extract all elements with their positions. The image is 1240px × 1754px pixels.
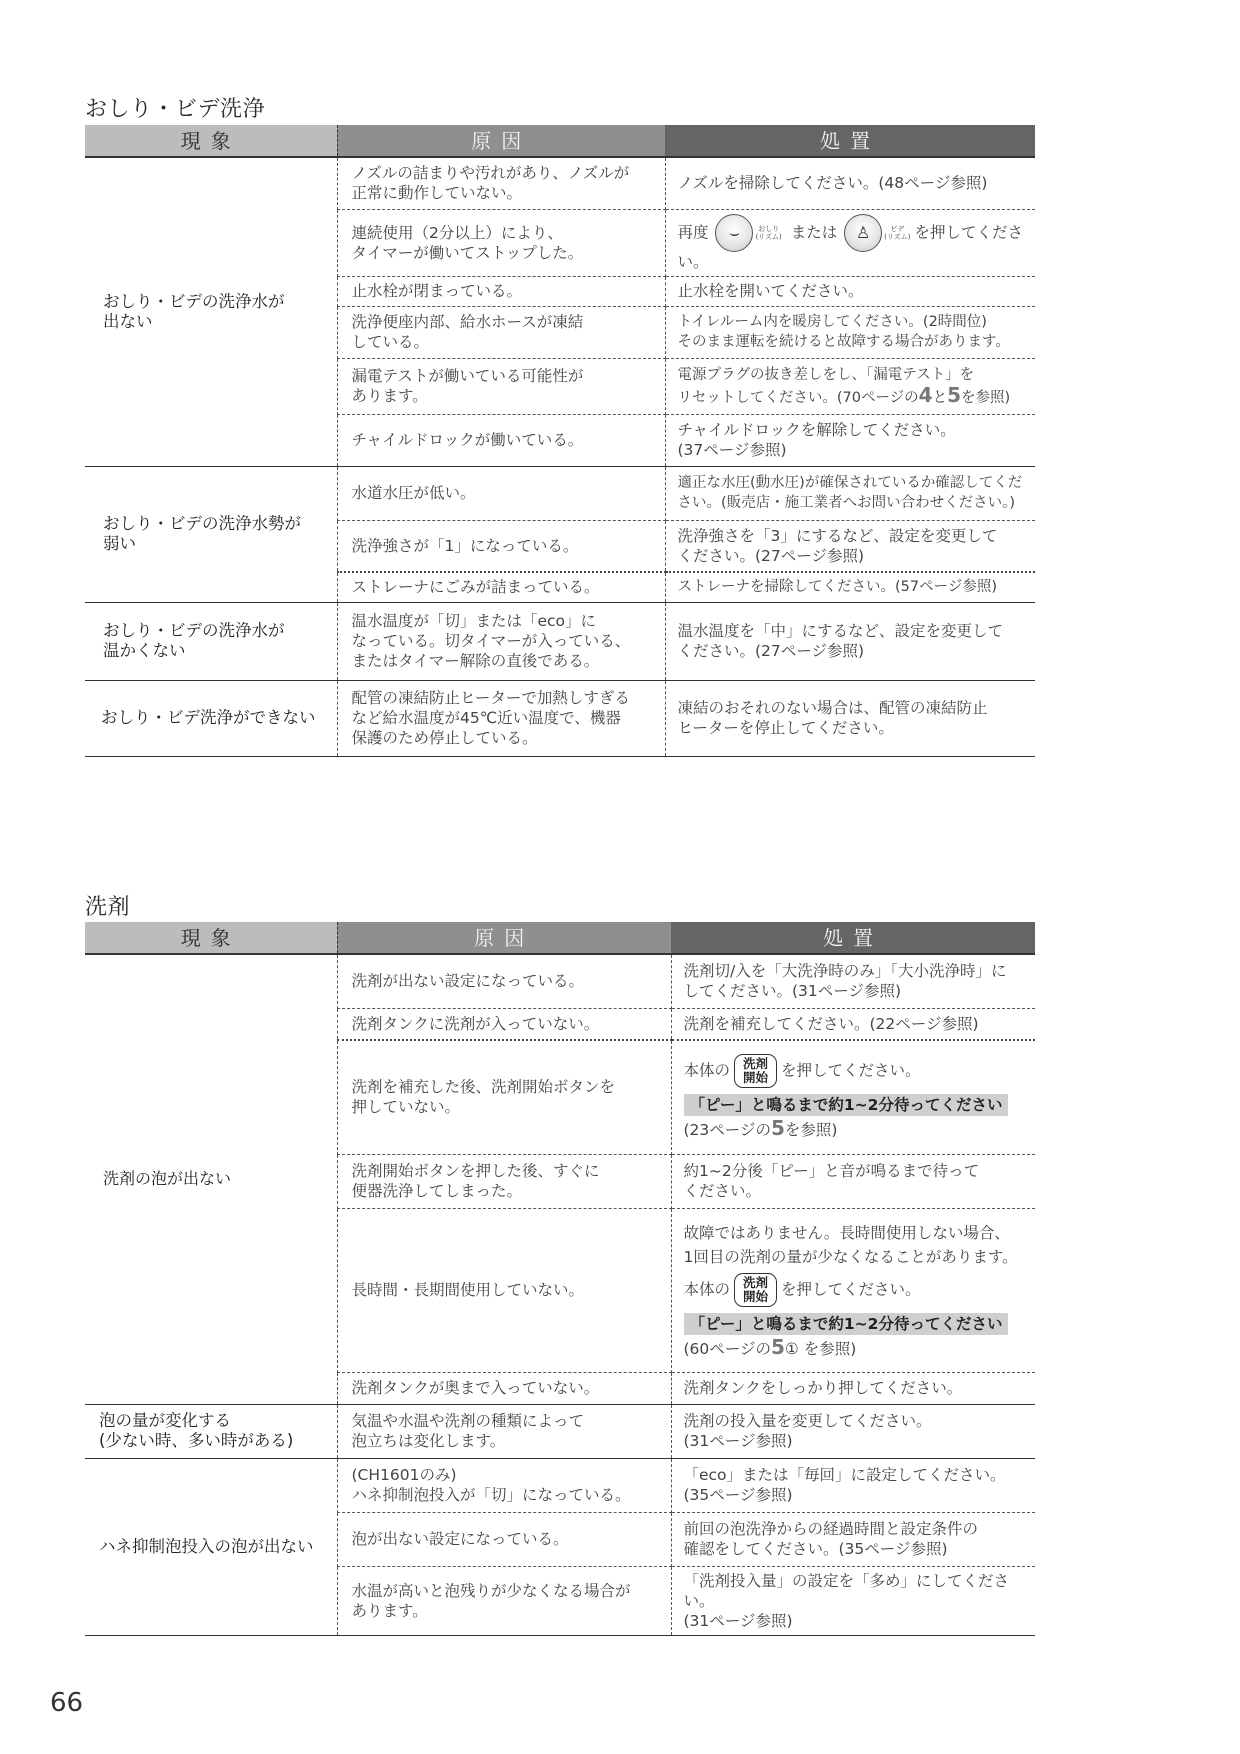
remedy-cell: 「eco」または「毎回」に設定してください。 (35ページ参照) [671,1458,1035,1512]
remedy-text-mid: または [791,223,838,241]
header-remedy: 処置 [671,922,1035,954]
section-title-washlet: おしり・ビデ洗浄 [85,92,265,123]
cause-cell: 洗浄強さが「1」になっている。 [337,520,665,572]
oshiri-rhythm-button-icon: ⌣ [715,214,753,252]
washlet-troubleshooting-table: 現象 原因 処置 おしり・ビデの洗浄水が 出ない ノズルの詰まりや汚れがあり、ノ… [85,125,1035,757]
header-symptom: 現象 [85,922,337,954]
header-cause: 原因 [337,922,671,954]
cause-cell: 泡が出ない設定になっている。 [337,1512,671,1566]
table-row: 洗剤の泡が出ない 洗剤が出ない設定になっている。 洗剤切/入を「大洗浄時のみ」「… [85,954,1035,1008]
header-cause: 原因 [337,125,665,157]
symptom-cell: おしり・ビデの洗浄水が 出ない [85,157,337,466]
cause-cell: 洗剤タンクに洗剤が入っていない。 [337,1008,671,1040]
remedy-cell: ストレーナを掃除してください。(57ページ参照) [665,572,1035,602]
cause-cell: 洗剤を補充した後、洗剤開始ボタンを 押していない。 [337,1040,671,1154]
bidet-button-caption: ビデ(リズム) [884,225,910,241]
remedy-cell: 洗剤切/入を「大洗浄時のみ」「大小洗浄時」に してください。(31ページ参照) [671,954,1035,1008]
bidet-rhythm-button-icon: ♙ [844,214,882,252]
remedy-cell: 洗剤タンクをしっかり押してください。 [671,1372,1035,1404]
cause-cell: 水道水圧が低い。 [337,466,665,520]
remedy-cell: 洗浄強さを「3」にするなど、設定を変更して ください。(27ページ参照) [665,520,1035,572]
symptom-cell: おしり・ビデ洗浄ができない [85,680,337,756]
cause-cell: チャイルドロックが働いている。 [337,414,665,466]
remedy-cell: 温水温度を「中」にするなど、設定を変更して ください。(27ページ参照) [665,602,1035,680]
detergent-start-button-icon: 洗剤開始 [734,1273,777,1307]
cause-cell: (CH1601のみ) ハネ抑制泡投入が「切」になっている。 [337,1458,671,1512]
step-number-5: 5 [947,383,961,407]
symptom-cell: おしり・ビデの洗浄水勢が 弱い [85,466,337,602]
symptom-cell: 洗剤の泡が出ない [85,954,337,1404]
step-number-4: 4 [919,383,933,407]
cause-cell: 漏電テストが働いている可能性が あります。 [337,358,665,414]
cause-cell: 洗剤が出ない設定になっている。 [337,954,671,1008]
remedy-cell: ノズルを掃除してください。(48ページ参照) [665,157,1035,209]
oshiri-button-caption: おしり(リズム) [755,225,781,241]
remedy-cell: 約1~2分後「ピー」と音が鳴るまで待って ください。 [671,1154,1035,1208]
cause-cell: 洗剤開始ボタンを押した後、すぐに 便器洗浄してしまった。 [337,1154,671,1208]
page-number: 66 [50,1688,83,1718]
symptom-cell: 泡の量が変化する (少ない時、多い時がある) [85,1404,337,1458]
step-number-5: 5 [771,1335,785,1359]
cause-cell: ノズルの詰まりや汚れがあり、ノズルが 正常に動作していない。 [337,157,665,209]
remedy-cell: 再度 ⌣おしり(リズム) または ♙ビデ(リズム)を押してください。 [665,209,1035,276]
remedy-cell: 適正な水圧(動水圧)が確保されているか確認してください。(販売店・施工業者へお問… [665,466,1035,520]
cause-cell: ストレーナにごみが詰まっている。 [337,572,665,602]
cause-cell: 連続使用（2分以上）により、 タイマーが働いてストップした。 [337,209,665,276]
wait-notice-highlight: 「ピー」と鳴るまで約1~2分待ってください [684,1313,1009,1335]
remedy-cell: 前回の泡洗浄からの経過時間と設定条件の 確認をしてください。(35ページ参照) [671,1512,1035,1566]
cause-cell: 水温が高いと泡残りが少なくなる場合が あります。 [337,1566,671,1635]
table-row: おしり・ビデの洗浄水が 温かくない 温水温度が「切」または「eco」に なってい… [85,602,1035,680]
header-remedy: 処置 [665,125,1035,157]
remedy-cell: 電源プラグの抜き差しをし、「漏電テスト」を リセットしてください。(70ページの… [665,358,1035,414]
remedy-cell: 本体の洗剤開始を押してください。 「ピー」と鳴るまで約1~2分待ってください (… [671,1040,1035,1154]
remedy-text-pre: 再度 [678,223,709,241]
table-row: おしり・ビデ洗浄ができない 配管の凍結防止ヒーターで加熱しすぎる など給水温度が… [85,680,1035,756]
cause-cell: 長時間・長期間使用していない。 [337,1208,671,1372]
header-symptom: 現象 [85,125,337,157]
table-row: ハネ抑制泡投入の泡が出ない (CH1601のみ) ハネ抑制泡投入が「切」になって… [85,1458,1035,1512]
cause-cell: 配管の凍結防止ヒーターで加熱しすぎる など給水温度が45℃近い温度で、機器 保護… [337,680,665,756]
table-row: おしり・ビデの洗浄水が 出ない ノズルの詰まりや汚れがあり、ノズルが 正常に動作… [85,157,1035,209]
remedy-cell: 洗剤を補充してください。(22ページ参照) [671,1008,1035,1040]
cause-cell: 温水温度が「切」または「eco」に なっている。切タイマーが入っている、 または… [337,602,665,680]
cause-cell: 気温や水温や洗剤の種類によって 泡立ちは変化します。 [337,1404,671,1458]
symptom-cell: ハネ抑制泡投入の泡が出ない [85,1458,337,1635]
remedy-cell: トイレルーム内を暖房してください。(2時間位) そのまま運転を続けると故障する場… [665,306,1035,358]
section-title-detergent: 洗剤 [85,890,130,921]
remedy-cell: チャイルドロックを解除してください。 (37ページ参照) [665,414,1035,466]
remedy-cell: 止水栓を開いてください。 [665,276,1035,306]
step-number-5: 5 [771,1116,785,1140]
table-row: おしり・ビデの洗浄水勢が 弱い 水道水圧が低い。 適正な水圧(動水圧)が確保され… [85,466,1035,520]
detergent-start-button-icon: 洗剤開始 [734,1054,777,1088]
cause-cell: 洗剤タンクが奥まで入っていない。 [337,1372,671,1404]
cause-cell: 止水栓が閉まっている。 [337,276,665,306]
remedy-cell: 「洗剤投入量」の設定を「多め」にしてください。 (31ページ参照) [671,1566,1035,1635]
remedy-cell: 故障ではありません。長時間使用しない場合、 1回目の洗剤の量が少なくなることがあ… [671,1208,1035,1372]
table-row: 泡の量が変化する (少ない時、多い時がある) 気温や水温や洗剤の種類によって 泡… [85,1404,1035,1458]
cause-cell: 洗浄便座内部、給水ホースが凍結 している。 [337,306,665,358]
wait-notice-highlight: 「ピー」と鳴るまで約1~2分待ってください [684,1094,1009,1116]
remedy-cell: 洗剤の投入量を変更してください。 (31ページ参照) [671,1404,1035,1458]
symptom-cell: おしり・ビデの洗浄水が 温かくない [85,602,337,680]
remedy-cell: 凍結のおそれのない場合は、配管の凍結防止 ヒーターを停止してください。 [665,680,1035,756]
detergent-troubleshooting-table: 現象 原因 処置 洗剤の泡が出ない 洗剤が出ない設定になっている。 洗剤切/入を… [85,922,1035,1636]
